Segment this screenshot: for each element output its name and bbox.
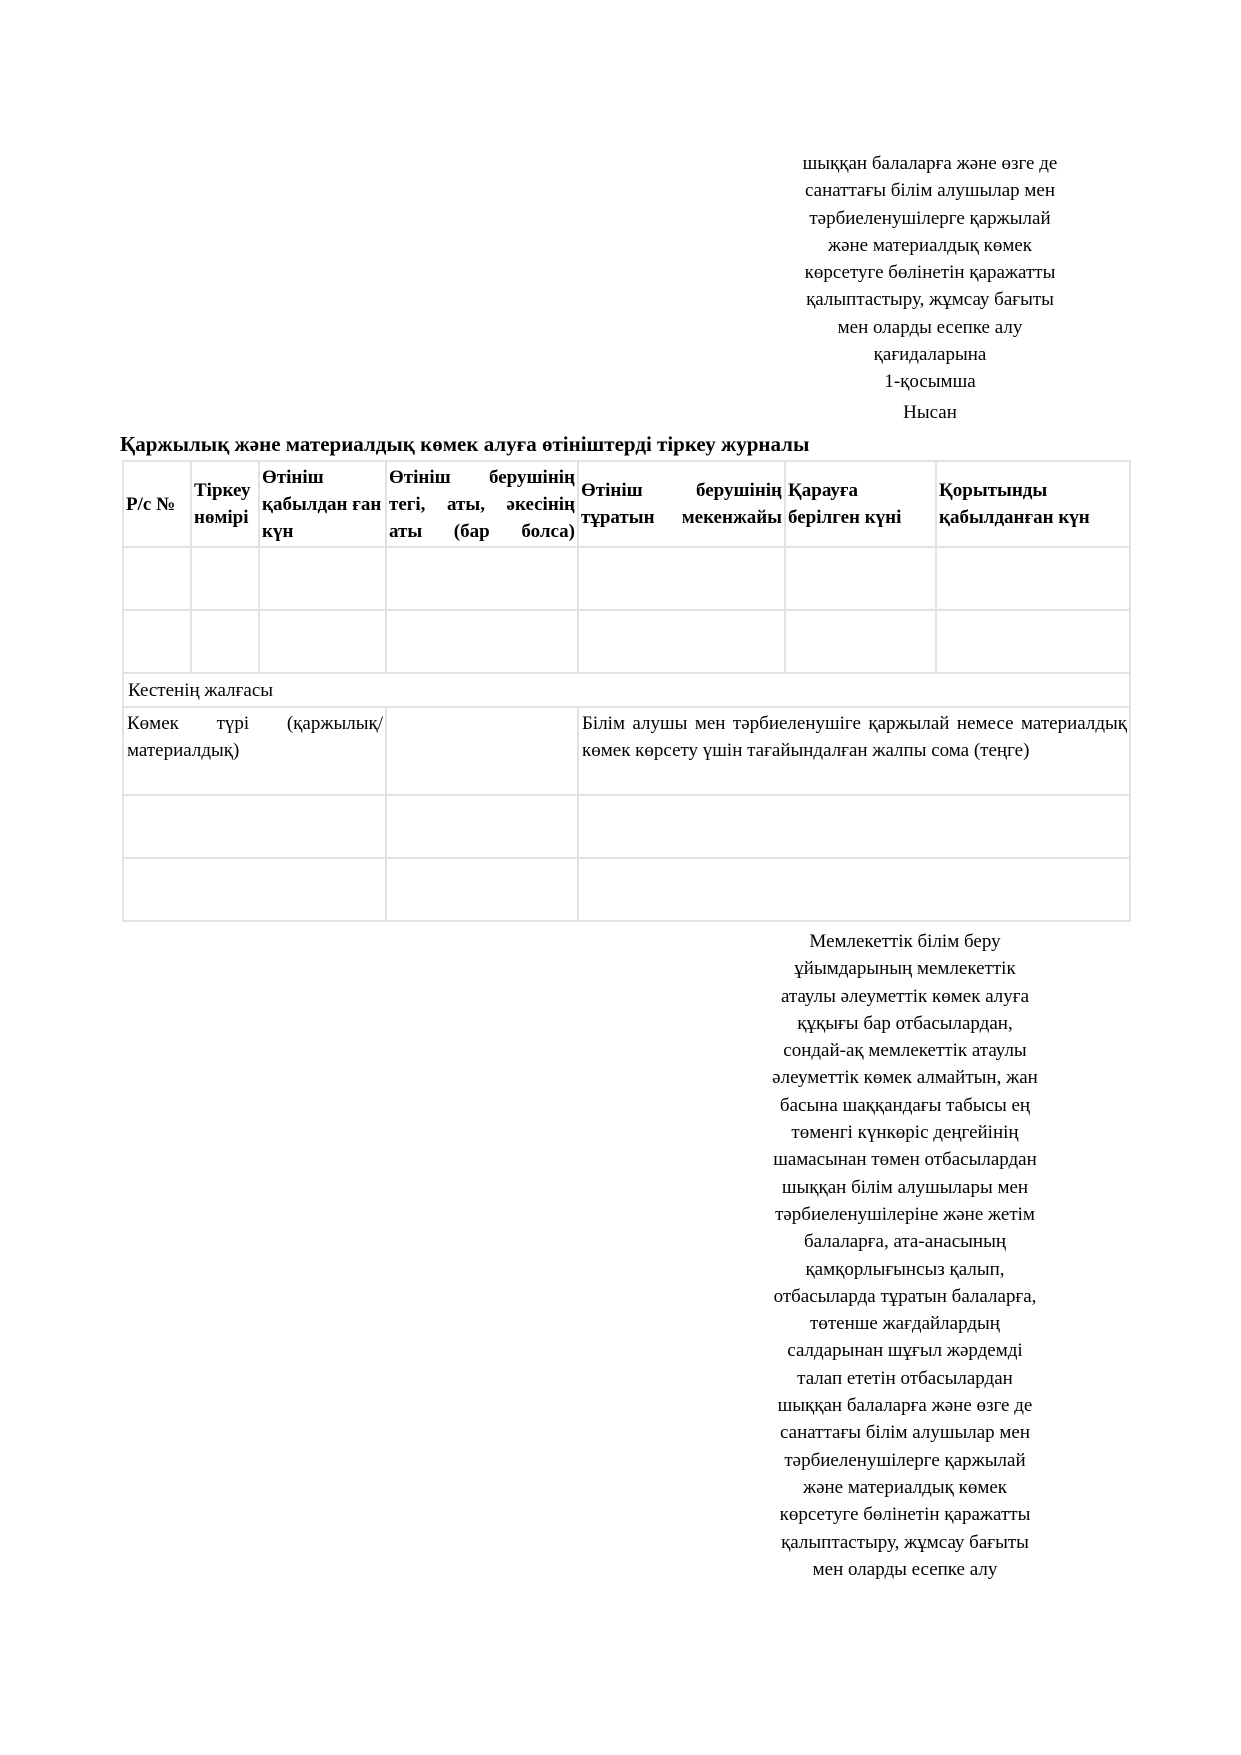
appendix-line: шыққан білім алушылары мен	[745, 1174, 1065, 1201]
header-cell: Қарауға берілген күні	[785, 461, 936, 547]
appendix-line: төменгі күнкөріс деңгейінің	[745, 1119, 1065, 1146]
table-cell	[386, 795, 578, 858]
appendix-line: тәрбиеленушілеріне және жетім	[745, 1201, 1065, 1228]
appendix-line: талап ететін отбасылардан	[745, 1365, 1065, 1392]
table-cell	[123, 858, 386, 921]
table-cell	[191, 547, 259, 610]
table-row	[123, 610, 1130, 673]
table-cell	[578, 610, 785, 673]
appendix-line: қағидаларына	[770, 341, 1090, 368]
header-cell-aid-type: Көмек түрі (қаржылық/материалдық)	[123, 707, 386, 795]
header-cell: Қорытынды қабылданған күн	[936, 461, 1130, 547]
appendix-line: шыққан балаларға және өзге де	[745, 1392, 1065, 1419]
appendix-line: тәрбиеленушілерге қаржылай	[770, 205, 1090, 232]
appendix-line: тәрбиеленушілерге қаржылай	[745, 1447, 1065, 1474]
header-cell: Өтініш берушінің тегі, аты, әкесінің аты…	[386, 461, 578, 547]
table-cell	[936, 547, 1130, 610]
table-cell	[123, 795, 386, 858]
appendix-line: көрсетуге бөлінетін қаражатты	[770, 259, 1090, 286]
header-cell-total-amount: Білім алушы мен тәрбиеленушіге қаржылай …	[578, 707, 1130, 795]
table-cell	[386, 547, 578, 610]
table-row	[123, 858, 1130, 921]
appendix-reference-top: шыққан балаларға және өзге де санаттағы …	[770, 150, 1090, 396]
appendix-line: отбасыларда тұратын балаларға,	[745, 1283, 1065, 1310]
appendix-number: 1-қосымша	[770, 368, 1090, 395]
appendix-line: ұйымдарының мемлекеттік	[745, 955, 1065, 982]
appendix-line: сондай-ақ мемлекеттік атаулы	[745, 1037, 1065, 1064]
table-row	[123, 547, 1130, 610]
appendix-line: салдарынан шұғыл жәрдемді	[745, 1337, 1065, 1364]
appendix-line: санаттағы білім алушылар мен	[770, 177, 1090, 204]
header-cell: Р/с №	[123, 461, 191, 547]
appendix-line: шыққан балаларға және өзге де	[770, 150, 1090, 177]
appendix-line: мен оларды есепке алу	[745, 1556, 1065, 1583]
table-cell	[785, 547, 936, 610]
appendix-line: қалыптастыру, жұмсау бағыты	[745, 1529, 1065, 1556]
table-cell	[578, 547, 785, 610]
table-continuation-row: Кестенің жалғасы	[123, 673, 1130, 707]
appendix-line: шамасынан төмен отбасылардан	[745, 1146, 1065, 1173]
table-cell	[386, 610, 578, 673]
table-cell	[123, 547, 191, 610]
appendix-line: қамқорлығынсыз қалып,	[745, 1256, 1065, 1283]
table-cell	[578, 858, 1130, 921]
table-row	[123, 795, 1130, 858]
continuation-header-row: Көмек түрі (қаржылық/материалдық) Білім …	[123, 707, 1130, 795]
table-cell	[936, 610, 1130, 673]
header-cell: Тіркеу нөмірі	[191, 461, 259, 547]
appendix-line: атаулы әлеуметтік көмек алуға	[745, 983, 1065, 1010]
appendix-line: және материалдық көмек	[745, 1474, 1065, 1501]
appendix-line: көрсетуге бөлінетін қаражатты	[745, 1501, 1065, 1528]
table-cell	[386, 858, 578, 921]
appendix-line: басына шаққандағы табысы ең	[745, 1092, 1065, 1119]
appendix-line: санаттағы білім алушылар мен	[745, 1419, 1065, 1446]
appendix-line: және материалдық көмек	[770, 232, 1090, 259]
appendix-line: қалыптастыру, жұмсау бағыты	[770, 286, 1090, 313]
appendix-line: балаларға, ата-анасының	[745, 1228, 1065, 1255]
table-header-row: Р/с № Тіркеу нөмірі Өтініш қабылдан ған …	[123, 461, 1130, 547]
table-cell	[191, 610, 259, 673]
appendix-line: төтенше жағдайлардың	[745, 1310, 1065, 1337]
header-cell-blank	[386, 707, 578, 795]
appendix-line: мен оларды есепке алу	[770, 314, 1090, 341]
table-cell	[259, 547, 386, 610]
table-cell	[785, 610, 936, 673]
table-cell	[259, 610, 386, 673]
appendix-line: Мемлекеттік білім беру	[745, 928, 1065, 955]
header-cell: Өтініш қабылдан ған күн	[259, 461, 386, 547]
appendix-reference-bottom: Мемлекеттік білім беру ұйымдарының мемле…	[745, 928, 1065, 1583]
table-cell	[123, 610, 191, 673]
appendix-line: құқығы бар отбасылардан,	[745, 1010, 1065, 1037]
document-title: Қаржылық және материалдық көмек алуға өт…	[120, 432, 809, 457]
table-cell	[578, 795, 1130, 858]
table-continuation-label: Кестенің жалғасы	[123, 673, 1130, 707]
appendix-line: әлеуметтік көмек алмайтын, жан	[745, 1064, 1065, 1091]
form-label: Нысан	[770, 402, 1090, 424]
registration-journal-table: Р/с № Тіркеу нөмірі Өтініш қабылдан ған …	[122, 460, 1131, 922]
header-cell: Өтініш берушінің тұратын мекенжайы	[578, 461, 785, 547]
